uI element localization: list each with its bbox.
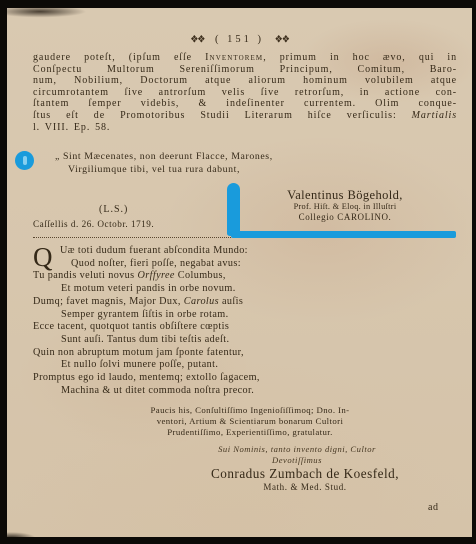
- quote-line: „ Sint Mæcenates, non deerunt Flacce, Ma…: [55, 150, 273, 163]
- inventor-smallcaps: Inventorem: [205, 52, 263, 63]
- martialis-citation: Martialis: [412, 110, 457, 121]
- text-segment: ſtus eſt de Promotoribus Studii Literaru…: [33, 110, 412, 121]
- signature-role: Prof. Hiſt. & Eloq. in Illuſtri: [239, 202, 451, 212]
- blue-dot-core: [23, 156, 27, 165]
- martial-quote: „ Sint Mæcenates, non deerunt Flacce, Ma…: [55, 150, 273, 176]
- dropcap-initial: Q: [33, 244, 53, 270]
- text-segment: auſis: [219, 296, 243, 307]
- dedication-line: Paucis his, Conſultiſſimo Ingenioſiſſimo…: [60, 405, 440, 416]
- locus-sigilli: (L.S.): [99, 204, 128, 215]
- text-segment: Columbus,: [175, 270, 226, 281]
- paragraph-line: gaudere poteſt, (ipſum eſſe Inventorem, …: [33, 52, 457, 64]
- poem-line: Promptus ego id laudo, mentemq; extollo …: [33, 372, 260, 385]
- dateline: Caſſellis d. 26. Octobr. 1719.: [33, 219, 154, 229]
- scanned-book-page: ❖❖ ( 151 ) ❖❖ gaudere poteſt, (ipſum eſſ…: [7, 8, 472, 537]
- signature-college: Collegio CAROLINO.: [239, 212, 451, 223]
- dedication-text: Paucis his, Conſultiſſimo Ingenioſiſſimo…: [60, 405, 440, 437]
- ink-smudge: [7, 6, 117, 20]
- signature-role: Math. & Med. Stud.: [115, 482, 476, 493]
- signature-name: Conradus Zumbach de Koesfeld,: [115, 466, 476, 482]
- poem-line: Et motum veteri pandis in orbe novum.: [61, 283, 260, 296]
- blue-underline-highlight-mark: [231, 231, 456, 238]
- paragraph-line: Conſpectu Multorum Sereniſſimorum Princi…: [33, 64, 457, 76]
- page-header: ❖❖ ( 151 ) ❖❖: [7, 34, 472, 45]
- motto-line: Sui Nominis, tanto invento digni, Cultor: [107, 444, 476, 455]
- text-segment: , primum in hoc ævo, qui in: [263, 52, 457, 63]
- text-segment: Tu pandis veluti novus: [33, 270, 137, 281]
- signature-boegehold: Valentinus Bögehold, Prof. Hiſt. & Eloq.…: [239, 188, 451, 223]
- poem-line: Sunt auſi. Tantus dum tibi teſtis adeſt.: [61, 334, 260, 347]
- poem-line: Ecce tacent, quotquot tantis obſiſtere c…: [33, 321, 260, 334]
- poem-line: Uæ toti dudum fuerant abſcondita Mundo:: [60, 245, 260, 258]
- paragraph-line: l. VIII. Ep. 58.: [33, 122, 457, 134]
- fleuron-ornament-icon: ❖❖: [190, 33, 204, 46]
- poem-line: Semper gyrantem ſiſtis in orbe rotam.: [61, 309, 260, 322]
- blue-dot-annotation: [15, 151, 34, 170]
- gratulatory-poem: Q Uæ toti dudum fuerant abſcondita Mundo…: [33, 245, 260, 397]
- intro-paragraph: gaudere poteſt, (ipſum eſſe Inventorem, …: [33, 52, 457, 133]
- devotion-motto: Sui Nominis, tanto invento digni, Cultor…: [107, 444, 476, 466]
- paragraph-line: num, Nobilium, Doctorum atque aliorum ho…: [33, 75, 457, 87]
- poem-line: Dumq; favet magnis, Major Dux, Carolus a…: [33, 296, 260, 309]
- signature-name: Valentinus Bögehold,: [239, 188, 451, 202]
- carolus-name: Carolus: [184, 296, 219, 307]
- poem-line: Machina & ut ditet commoda noſtra precor…: [61, 385, 260, 398]
- paragraph-line: ſtantem ſemper videbis, & indeſinenter c…: [33, 98, 457, 110]
- signature-zumbach: Conradus Zumbach de Koesfeld, Math. & Me…: [115, 466, 476, 493]
- page-number: ( 151 ): [215, 34, 264, 45]
- poem-line: Tu pandis veluti novus Orffyree Columbus…: [33, 270, 260, 283]
- paragraph-line: ſtus eſt de Promotoribus Studii Literaru…: [33, 110, 457, 122]
- poem-line: Et nullo ſolvi munere poſſe, putant.: [61, 359, 260, 372]
- blue-vertical-highlight-mark: [227, 183, 240, 236]
- poem-line: Quin non abruptum motum jam ſponte faten…: [33, 347, 260, 360]
- poem-line: Quod noſter, fieri poſſe, negabat avus:: [71, 258, 260, 271]
- text-segment: Dumq; favet magnis, Major Dux,: [33, 296, 184, 307]
- text-segment: gaudere poteſt, (ipſum eſſe: [33, 52, 205, 63]
- dedication-line: Prudentiſſimo, Experientiſſimo, gratulat…: [60, 427, 440, 438]
- dedication-line: ventori, Artium & Scientiarum bonarum Cu…: [60, 416, 440, 427]
- catchword: ad: [428, 502, 438, 513]
- orffyree-name: Orffyree: [137, 270, 174, 281]
- motto-line: Devotiſſimus: [107, 455, 476, 466]
- quote-line: Virgiliumque tibi, vel tua rura dabunt,: [68, 163, 273, 176]
- printed-rule: [33, 237, 231, 238]
- paragraph-line: circumrotantem ſive antrorſum velis ſive…: [33, 87, 457, 99]
- fleuron-ornament-icon: ❖❖: [275, 33, 289, 46]
- corner-wear: [7, 528, 53, 538]
